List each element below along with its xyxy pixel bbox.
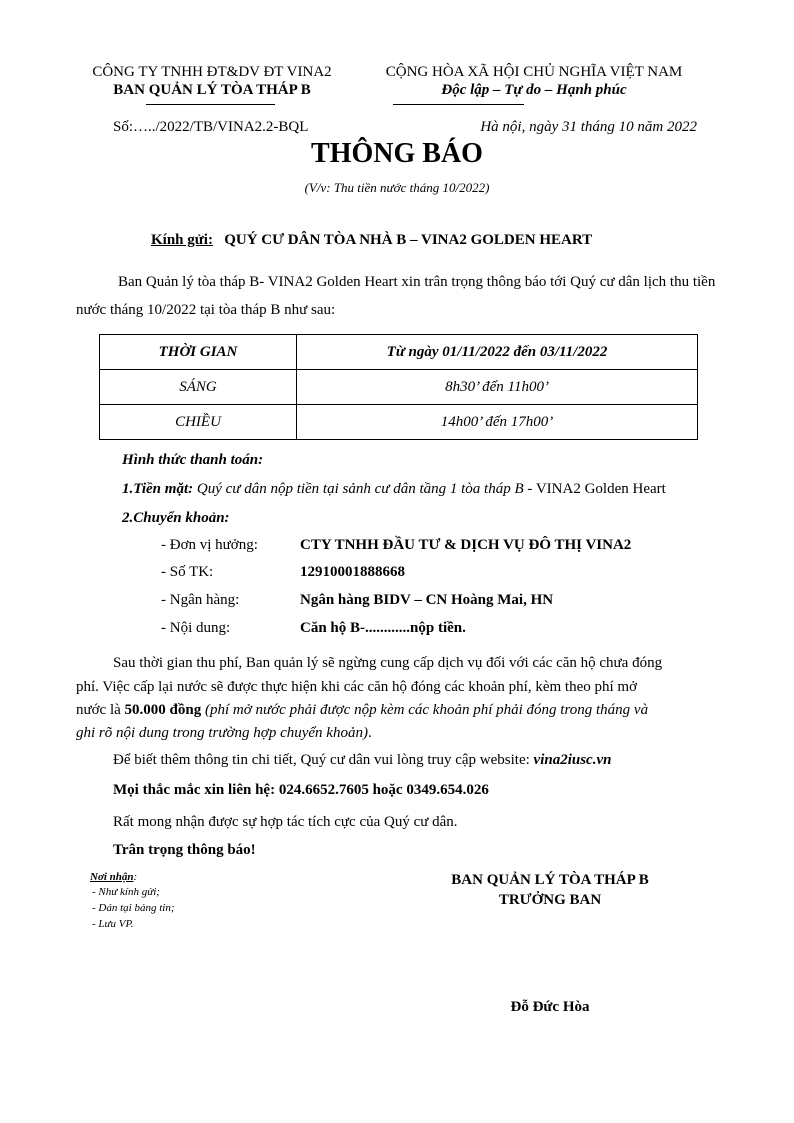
signature-position: TRƯỞNG BAN [420,892,680,909]
notice-text: ghi rõ nội dung trong trường hợp chuyển … [76,725,368,741]
national-motto: Độc lập – Tự do – Hạnh phúc [370,82,698,99]
notice-text: . [368,725,372,741]
place-date: Hà nội, ngày 31 tháng 10 năm 2022 [480,119,697,136]
cash-label: 1.Tiền mặt: [122,481,193,497]
department-name: BAN QUẢN LÝ TÒA THÁP B [80,82,344,99]
country-name: CỘNG HÒA XÃ HỘI CHỦ NGHĨA VIỆT NAM [370,64,698,81]
notice-line-3: nước là 50.000 đồng (phí mở nước phải đư… [76,702,648,719]
document-number: Số:…../2022/TB/VINA2.2-BQL [113,119,308,136]
transfer-field-label: - Nội dung: [161,620,230,637]
website-line: Để biết thêm thông tin chi tiết, Quý cư … [113,752,611,769]
recipient-line: Kính gửi: QUÝ CƯ DÂN TÒA NHÀ B – VINA2 G… [151,232,592,249]
closing-line: Trân trọng thông báo! [113,842,256,859]
table-row: SÁNG 8h30’ đến 11h00’ [100,370,698,405]
table-cell: 14h00’ đến 17h00’ [297,405,698,440]
signatory-name: Đỗ Đức Hòa [420,999,680,1016]
cash-suffix: - VINA2 Golden Heart [524,481,666,497]
recipients-heading-colon: : [134,871,138,883]
transfer-field-label: - Ngân hàng: [161,592,239,609]
table-row: CHIỀU 14h00’ đến 17h00’ [100,405,698,440]
notice-line-1: Sau thời gian thu phí, Ban quản lý sẽ ng… [113,655,662,672]
recipients-heading: Nơi nhận: [90,871,137,883]
table-cell: CHIỀU [100,405,297,440]
table-cell: 8h30’ đến 11h00’ [297,370,698,405]
recipient-item: - Như kính gửi; [92,886,160,898]
schedule-table: THỜI GIAN Từ ngày 01/11/2022 đến 03/11/2… [99,334,698,440]
reopen-fee: 50.000 đồng [125,702,202,718]
notice-text: (phí mở nước phải được nộp kèm các khoản… [201,702,648,718]
table-header-cell: THỜI GIAN [100,335,297,370]
transfer-heading: 2.Chuyển khoản: [122,510,230,527]
transfer-field-value: CTY TNHH ĐẦU TƯ & DỊCH VỤ ĐÔ THỊ VINA2 [300,537,631,554]
signature-org: BAN QUẢN LÝ TÒA THÁP B [420,872,680,889]
website-text: Để biết thêm thông tin chi tiết, Quý cư … [113,752,534,768]
recipient-value: QUÝ CƯ DÂN TÒA NHÀ B – VINA2 GOLDEN HEAR… [224,232,592,248]
cooperation-line: Rất mong nhận được sự hợp tác tích cực c… [113,814,458,831]
recipient-label: Kính gửi: [151,232,213,248]
table-cell: SÁNG [100,370,297,405]
website-link[interactable]: vina2iusc.vn [534,752,612,768]
document-subject: (V/v: Thu tiền nước tháng 10/2022) [0,180,794,196]
transfer-field-label: - Đơn vị hưởng: [161,537,258,554]
recipients-heading-text: Nơi nhận [90,871,134,883]
recipient-item: - Lưu VP. [92,918,134,930]
intro-line-2: nước tháng 10/2022 tại tòa tháp B như sa… [76,302,335,319]
notice-line-4: ghi rõ nội dung trong trường hợp chuyển … [76,725,372,742]
document-title: THÔNG BÁO [0,138,794,170]
intro-line-1: Ban Quản lý tòa tháp B- VINA2 Golden Hea… [118,274,715,291]
account-number: 12910001888668 [300,564,405,581]
contact-line: Mọi thắc mắc xin liên hệ: 024.6652.7605 … [113,782,489,799]
transfer-field-value: Ngân hàng BIDV – CN Hoàng Mai, HN [300,592,553,609]
payment-cash-line: 1.Tiền mặt: Quý cư dân nộp tiền tại sảnh… [122,481,666,498]
payment-heading: Hình thức thanh toán: [122,452,263,469]
recipient-item: - Dán tại bảng tin; [92,902,175,914]
table-header-cell: Từ ngày 01/11/2022 đến 03/11/2022 [297,335,698,370]
transfer-field-label: - Số TK: [161,564,213,581]
transfer-field-value: Căn hộ B-............nộp tiền. [300,620,466,637]
cash-text: Quý cư dân nộp tiền tại sảnh cư dân tầng… [197,481,524,497]
notice-text: nước là [76,702,125,718]
right-header-rule [393,104,524,105]
table-header-row: THỜI GIAN Từ ngày 01/11/2022 đến 03/11/2… [100,335,698,370]
company-name: CÔNG TY TNHH ĐT&DV ĐT VINA2 [80,64,344,81]
notice-line-2: phí. Việc cấp lại nước sẽ được thực hiện… [76,679,637,696]
left-header-rule [146,104,275,105]
